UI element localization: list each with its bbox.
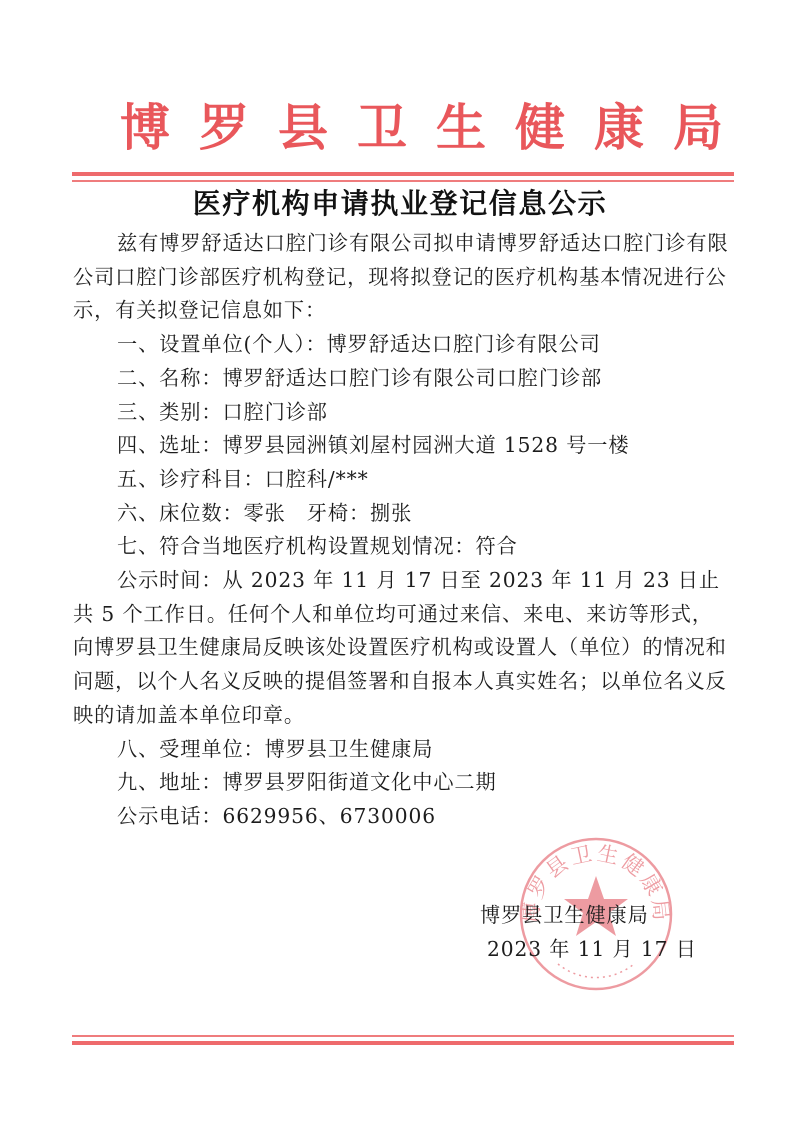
info-item-name: 二、名称：博罗舒适达口腔门诊有限公司口腔门诊部	[73, 362, 733, 396]
item-value: 零张 牙椅：捌张	[244, 501, 413, 525]
item-value: 博罗县园洲镇刘屋村园洲大道 1528 号一楼	[222, 433, 629, 457]
info-item-accepting-unit: 八、受理单位：博罗县卫生健康局	[73, 733, 733, 767]
item-label: 公示电话：	[117, 804, 222, 828]
intro-paragraph: 兹有博罗舒适达口腔门诊有限公司拟申请博罗舒适达口腔门诊有限公司口腔门诊部医疗机构…	[73, 227, 733, 328]
info-item-beds-chairs: 六、床位数：零张 牙椅：捌张	[73, 497, 733, 531]
item-value: 6629956、6730006	[222, 804, 436, 828]
item-value: 博罗县罗阳街道文化中心二期	[222, 770, 496, 794]
item-label: 四、选址：	[117, 433, 222, 457]
item-label: 九、地址：	[117, 770, 222, 794]
item-label: 一、设置单位(个人）：	[117, 332, 327, 356]
item-value: 博罗舒适达口腔门诊有限公司	[327, 332, 601, 356]
item-value: 口腔科/***	[265, 467, 369, 491]
signature-block: 博罗县卫生健康局 2023 年 11 月 17 日	[480, 899, 697, 966]
notice-period-paragraph: 公示时间：从 2023 年 11 月 17 日至 2023 年 11 月 23 …	[73, 564, 733, 733]
item-label: 二、名称：	[117, 366, 222, 390]
header-rule-thick	[72, 172, 734, 176]
item-value: 口腔门诊部	[222, 400, 327, 424]
footer-rule-thick	[72, 1041, 734, 1045]
document-body: 兹有博罗舒适达口腔门诊有限公司拟申请博罗舒适达口腔门诊有限公司口腔门诊部医疗机构…	[73, 227, 733, 834]
info-item-category: 三、类别：口腔门诊部	[73, 396, 733, 430]
item-value: 博罗舒适达口腔门诊有限公司口腔门诊部	[222, 366, 602, 390]
item-label: 五、诊疗科目：	[117, 467, 265, 491]
header-rule-thin	[72, 180, 734, 182]
signature-date: 2023 年 11 月 17 日	[480, 933, 697, 967]
issuer-masthead: 博罗县卫生健康局	[120, 98, 720, 158]
info-item-departments: 五、诊疗科目：口腔科/***	[73, 463, 733, 497]
item-label: 三、类别：	[117, 400, 222, 424]
signature-org: 博罗县卫生健康局	[480, 899, 697, 933]
document-page: 博罗县卫生健康局 医疗机构申请执业登记信息公示 兹有博罗舒适达口腔门诊有限公司拟…	[0, 0, 800, 1131]
info-item-planning-compliance: 七、符合当地医疗机构设置规划情况：符合	[73, 530, 733, 564]
item-label: 八、受理单位：	[117, 737, 265, 761]
item-value: 符合	[476, 534, 518, 558]
footer-rule-thin	[72, 1035, 734, 1037]
info-item-location: 四、选址：博罗县园洲镇刘屋村园洲大道 1528 号一楼	[73, 429, 733, 463]
item-label: 七、符合当地医疗机构设置规划情况：	[117, 534, 476, 558]
info-item-address: 九、地址：博罗县罗阳街道文化中心二期	[73, 766, 733, 800]
info-item-setup-unit: 一、设置单位(个人）：博罗舒适达口腔门诊有限公司	[73, 328, 733, 362]
info-item-phone: 公示电话：6629956、6730006	[73, 800, 733, 834]
item-label: 六、床位数：	[117, 501, 244, 525]
item-value: 博罗县卫生健康局	[265, 737, 434, 761]
document-title: 医疗机构申请执业登记信息公示	[0, 186, 800, 222]
